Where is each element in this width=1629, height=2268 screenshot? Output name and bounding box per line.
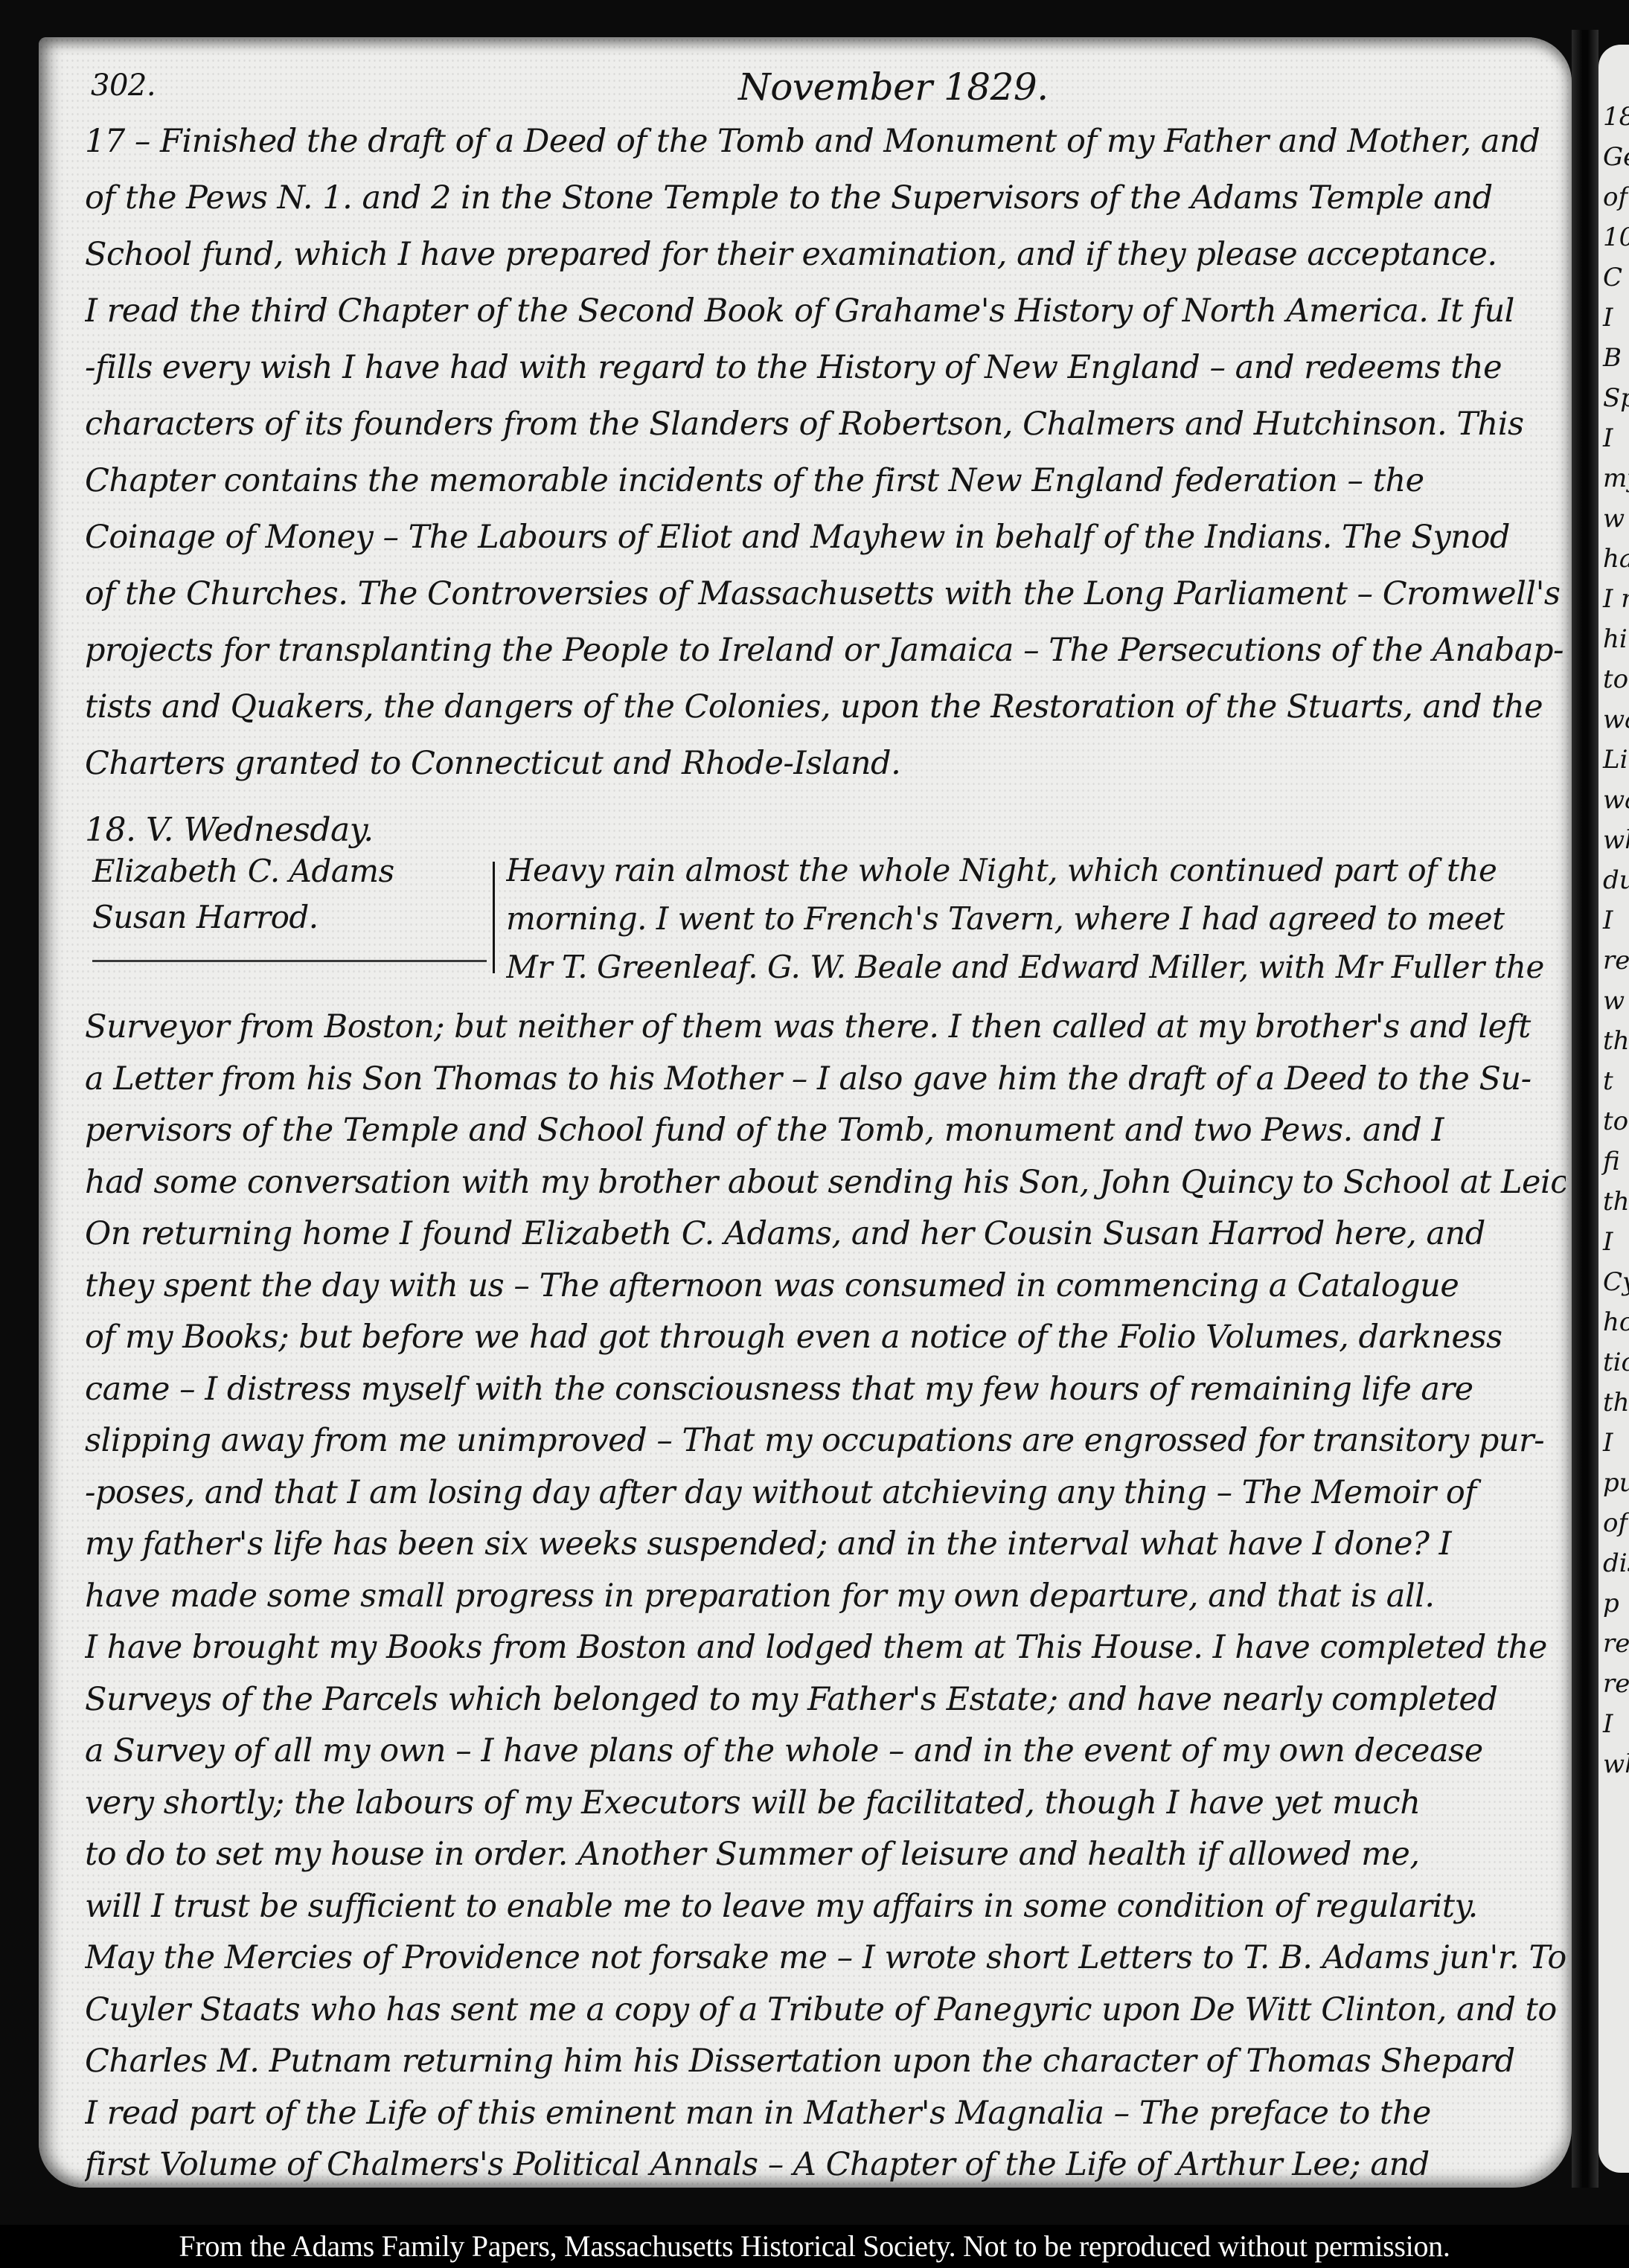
manuscript-line: On returning home I found Elizabeth C. A… [85, 1215, 1566, 1252]
adjacent-page-fragment: Cy [1598, 1262, 1629, 1302]
adjacent-page-fragment: B [1598, 338, 1629, 378]
manuscript-line: a Letter from his Son Thomas to his Moth… [85, 1060, 1566, 1098]
margin-name: Elizabeth C. Adams [92, 848, 487, 894]
manuscript-line: projects for transplanting the People to… [85, 632, 1566, 669]
adjacent-page-fragment: I r [1598, 579, 1629, 619]
adjacent-page-fragment: re [1598, 941, 1629, 981]
adjacent-page-fragment: wa [1598, 780, 1629, 820]
manuscript-line: my father's life has been six weeks susp… [85, 1525, 1566, 1563]
manuscript-line: came – I distress myself with the consci… [85, 1371, 1566, 1408]
adjacent-page-fragment: him [1598, 619, 1629, 659]
manuscript-line: a Survey of all my own – I have plans of… [85, 1732, 1566, 1769]
manuscript-line: very shortly; the labours of my Executor… [85, 1784, 1566, 1822]
manuscript-line: May the Mercies of Providence not forsak… [85, 1939, 1566, 1976]
adjacent-page-fragment: I [1598, 298, 1629, 338]
adjacent-page-fragment: Ge [1598, 137, 1629, 177]
adjacent-page-fragment: wa [1598, 699, 1629, 740]
manuscript-line: tists and Quakers, the dangers of the Co… [85, 688, 1566, 725]
adjacent-page-fragment: I [1598, 418, 1629, 458]
manuscript-line: had some conversation with my brother ab… [85, 1164, 1566, 1201]
manuscript-line: of my Books; but before we had got throu… [85, 1319, 1566, 1356]
manuscript-line: Coinage of Money – The Labours of Eliot … [85, 519, 1566, 556]
margin-name: Susan Harrod. [92, 894, 487, 941]
entry-date-18: 18. V. Wednesday. [85, 811, 374, 849]
manuscript-line: Chapter contains the memorable incidents… [85, 462, 1566, 499]
book-gutter [1572, 30, 1598, 2188]
adjacent-page-fragment: tor [1598, 659, 1629, 699]
adjacent-page-fragment: Li [1598, 740, 1629, 780]
adjacent-page-fragment: dis [1598, 1543, 1629, 1583]
adjacent-page-fragment: the [1598, 1383, 1629, 1423]
adjacent-page-fragment: 18 [1598, 97, 1629, 137]
adjacent-page-fragment: w [1598, 981, 1629, 1021]
adjacent-page-fragment: tic [1598, 1342, 1629, 1383]
adjacent-page-fragment: of [1598, 177, 1629, 217]
bracket-divider [493, 862, 495, 973]
adjacent-page-fragment: my [1598, 458, 1629, 499]
adjacent-page-fragment: ho [1598, 1302, 1629, 1342]
manuscript-line: Charles M. Putnam returning him his Diss… [85, 2043, 1566, 2080]
adjacent-page-fragment: th [1598, 1182, 1629, 1222]
adjacent-page-fragment: p [1598, 1583, 1629, 1624]
adjacent-page-fragment: to [1598, 1101, 1629, 1141]
bracket-text-line: morning. I went to French's Tavern, wher… [506, 900, 1570, 937]
adjacent-page-fragment: Sp [1598, 378, 1629, 418]
bracket-text-line: Mr T. Greenleaf. G. W. Beale and Edward … [506, 949, 1570, 985]
adjacent-page-fragment: t [1598, 1061, 1629, 1101]
manuscript-line: slipping away from me unimproved – That … [85, 1422, 1566, 1459]
manuscript-line: first Volume of Chalmers's Political Ann… [85, 2146, 1566, 2183]
copyright-footer: From the Adams Family Papers, Massachuse… [0, 2225, 1629, 2268]
adjacent-page-fragment: the [1598, 1021, 1629, 1061]
adjacent-page-fragment: pu [1598, 1463, 1629, 1503]
manuscript-line: Surveys of the Parcels which belonged to… [85, 1681, 1566, 1718]
manuscript-line: they spent the day with us – The afterno… [85, 1267, 1566, 1304]
manuscript-line: I have brought my Books from Boston and … [85, 1629, 1566, 1666]
bracket-text-line: Heavy rain almost the whole Night, which… [506, 852, 1570, 888]
adjacent-page-fragment: 10 [1598, 217, 1629, 257]
manuscript-line: School fund, which I have prepared for t… [85, 236, 1566, 273]
adjacent-page-fragment: I [1598, 1222, 1629, 1262]
manuscript-line: I read the third Chapter of the Second B… [85, 292, 1566, 330]
adjacent-page-fragment: wh [1598, 1744, 1629, 1784]
adjacent-page-fragment: w [1598, 499, 1629, 539]
adjacent-page-fragment: I [1598, 900, 1629, 941]
adjacent-page-edge: 18Geof10CIBSpImywhaI rhimtorwaLiwawhduIr… [1598, 45, 1629, 2173]
adjacent-page-fragment: wh [1598, 820, 1629, 860]
manuscript-line: Surveyor from Boston; but neither of the… [85, 1008, 1566, 1045]
margin-names: Elizabeth C. Adams Susan Harrod. [92, 848, 487, 962]
adjacent-page-fragment: I [1598, 1423, 1629, 1463]
manuscript-line: of the Churches. The Controversies of Ma… [85, 575, 1566, 612]
manuscript-line: pervisors of the Temple and School fund … [85, 1112, 1566, 1149]
adjacent-page-fragment: of [1598, 1503, 1629, 1543]
manuscript-line: Cuyler Staats who has sent me a copy of … [85, 1991, 1566, 2028]
manuscript-line: 17 – Finished the draft of a Deed of the… [85, 123, 1566, 160]
page-heading: November 1829. [738, 65, 1049, 109]
page-number: 302. [91, 68, 156, 103]
adjacent-page-fragment: ha [1598, 539, 1629, 579]
manuscript-line: Charters granted to Connecticut and Rhod… [85, 745, 1566, 782]
manuscript-line: -fills every wish I have had with regard… [85, 349, 1566, 386]
manuscript-line: of the Pews N. 1. and 2 in the Stone Tem… [85, 179, 1566, 217]
manuscript-line: characters of its founders from the Slan… [85, 406, 1566, 443]
manuscript-line: I read part of the Life of this eminent … [85, 2095, 1566, 2132]
manuscript-line: to do to set my house in order. Another … [85, 1836, 1566, 1873]
manuscript-line: will I trust be sufficient to enable me … [85, 1888, 1566, 1925]
adjacent-page-fragment: C [1598, 257, 1629, 298]
manuscript-line: -poses, and that I am losing day after d… [85, 1474, 1566, 1511]
manuscript-line: have made some small progress in prepara… [85, 1577, 1566, 1615]
manuscript-page: 302. November 1829. 17 – Finished the dr… [39, 37, 1572, 2188]
adjacent-page-fragment: du [1598, 860, 1629, 900]
adjacent-page-fragment: re [1598, 1624, 1629, 1664]
adjacent-page-fragment: I [1598, 1704, 1629, 1744]
adjacent-page-fragment: re [1598, 1664, 1629, 1704]
adjacent-page-fragment: fi [1598, 1141, 1629, 1182]
